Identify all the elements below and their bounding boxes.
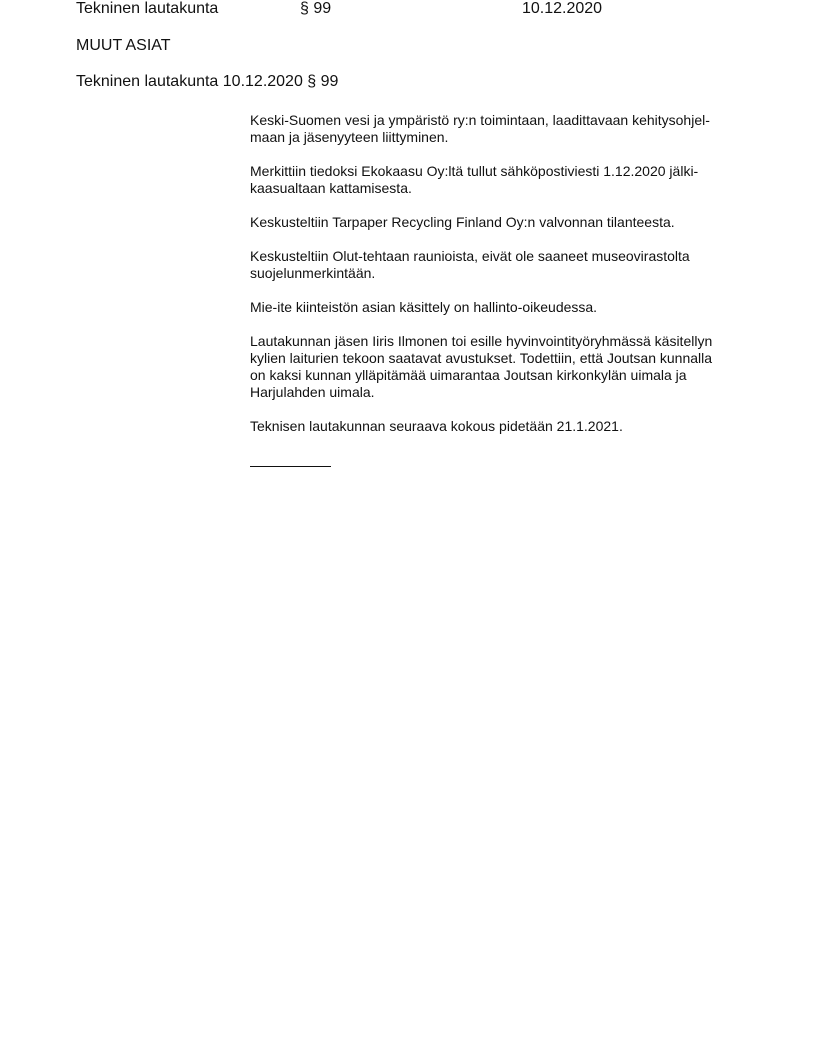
paragraph: Keski-Suomen vesi ja ympäristö ry:n toim…: [250, 112, 750, 146]
paragraph: Mie-ite kiinteistön asian käsittely on h…: [250, 299, 750, 316]
header-date: 10.12.2020: [522, 0, 602, 18]
meeting-reference: Tekninen lautakunta 10.12.2020 § 99: [76, 73, 338, 91]
paragraph: Teknisen lautakunnan seuraava kokous pid…: [250, 418, 750, 435]
header-section: § 99: [300, 0, 331, 18]
paragraph: Keskusteltiin Olut-tehtaan raunioista, e…: [250, 248, 750, 282]
paragraph: Merkittiin tiedoksi Ekokaasu Oy:ltä tull…: [250, 163, 750, 197]
header-organ: Tekninen lautakunta: [76, 0, 218, 18]
paragraph: Lautakunnan jäsen Iiris Ilmonen toi esil…: [250, 333, 750, 401]
end-divider: [250, 466, 331, 467]
section-title: MUUT ASIAT: [76, 37, 171, 55]
document-body: Keski-Suomen vesi ja ympäristö ry:n toim…: [250, 112, 750, 452]
paragraph: Keskusteltiin Tarpaper Recycling Finland…: [250, 214, 750, 231]
